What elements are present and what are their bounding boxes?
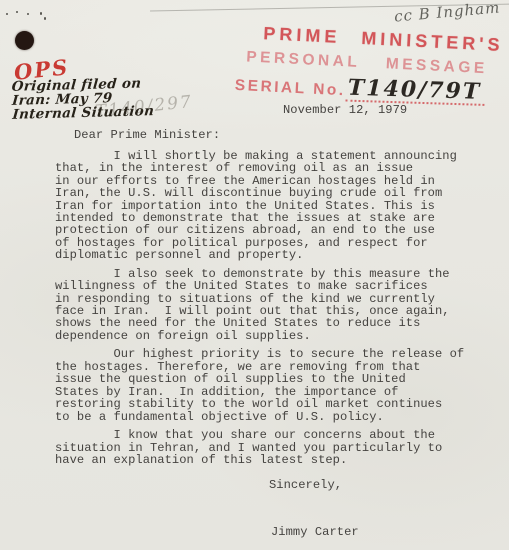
speck [16,11,18,13]
salutation: Dear Prime Minister: [74,128,220,142]
speck [6,13,8,15]
paragraph: Our highest priority is to secure the re… [55,348,467,422]
serial-number-label: SERIAL No. [234,77,346,100]
speck [44,17,46,20]
filing-note-line: Internal Situation [12,105,155,123]
prime-minister-stamp: PRIME MINISTER'S PERSONAL MESSAGE SERIAL… [234,22,504,108]
paragraph: I also seek to demonstrate by this measu… [55,268,467,342]
speck [27,13,29,15]
letter-body: I will shortly be making a statement ann… [55,150,467,473]
paragraph: I know that you share our concerns about… [55,429,467,466]
closing: Sincerely, [269,478,342,492]
signature-name: Jimmy Carter [271,525,359,539]
hole-punch-dot [15,31,34,50]
serial-number-handwritten: T140/79T [345,78,485,106]
paragraph: I will shortly be making a statement ann… [55,150,467,262]
filing-handwritten-notes: Original filed on Iran: May 79 Internal … [11,77,154,122]
letter-date: November 12, 1979 [283,103,407,117]
speck [40,12,42,15]
cc-handwritten-note: cc B Ingham [393,0,501,26]
letter-page: cc B Ingham PRIME MINISTER'S PERSONAL ME… [0,0,509,550]
